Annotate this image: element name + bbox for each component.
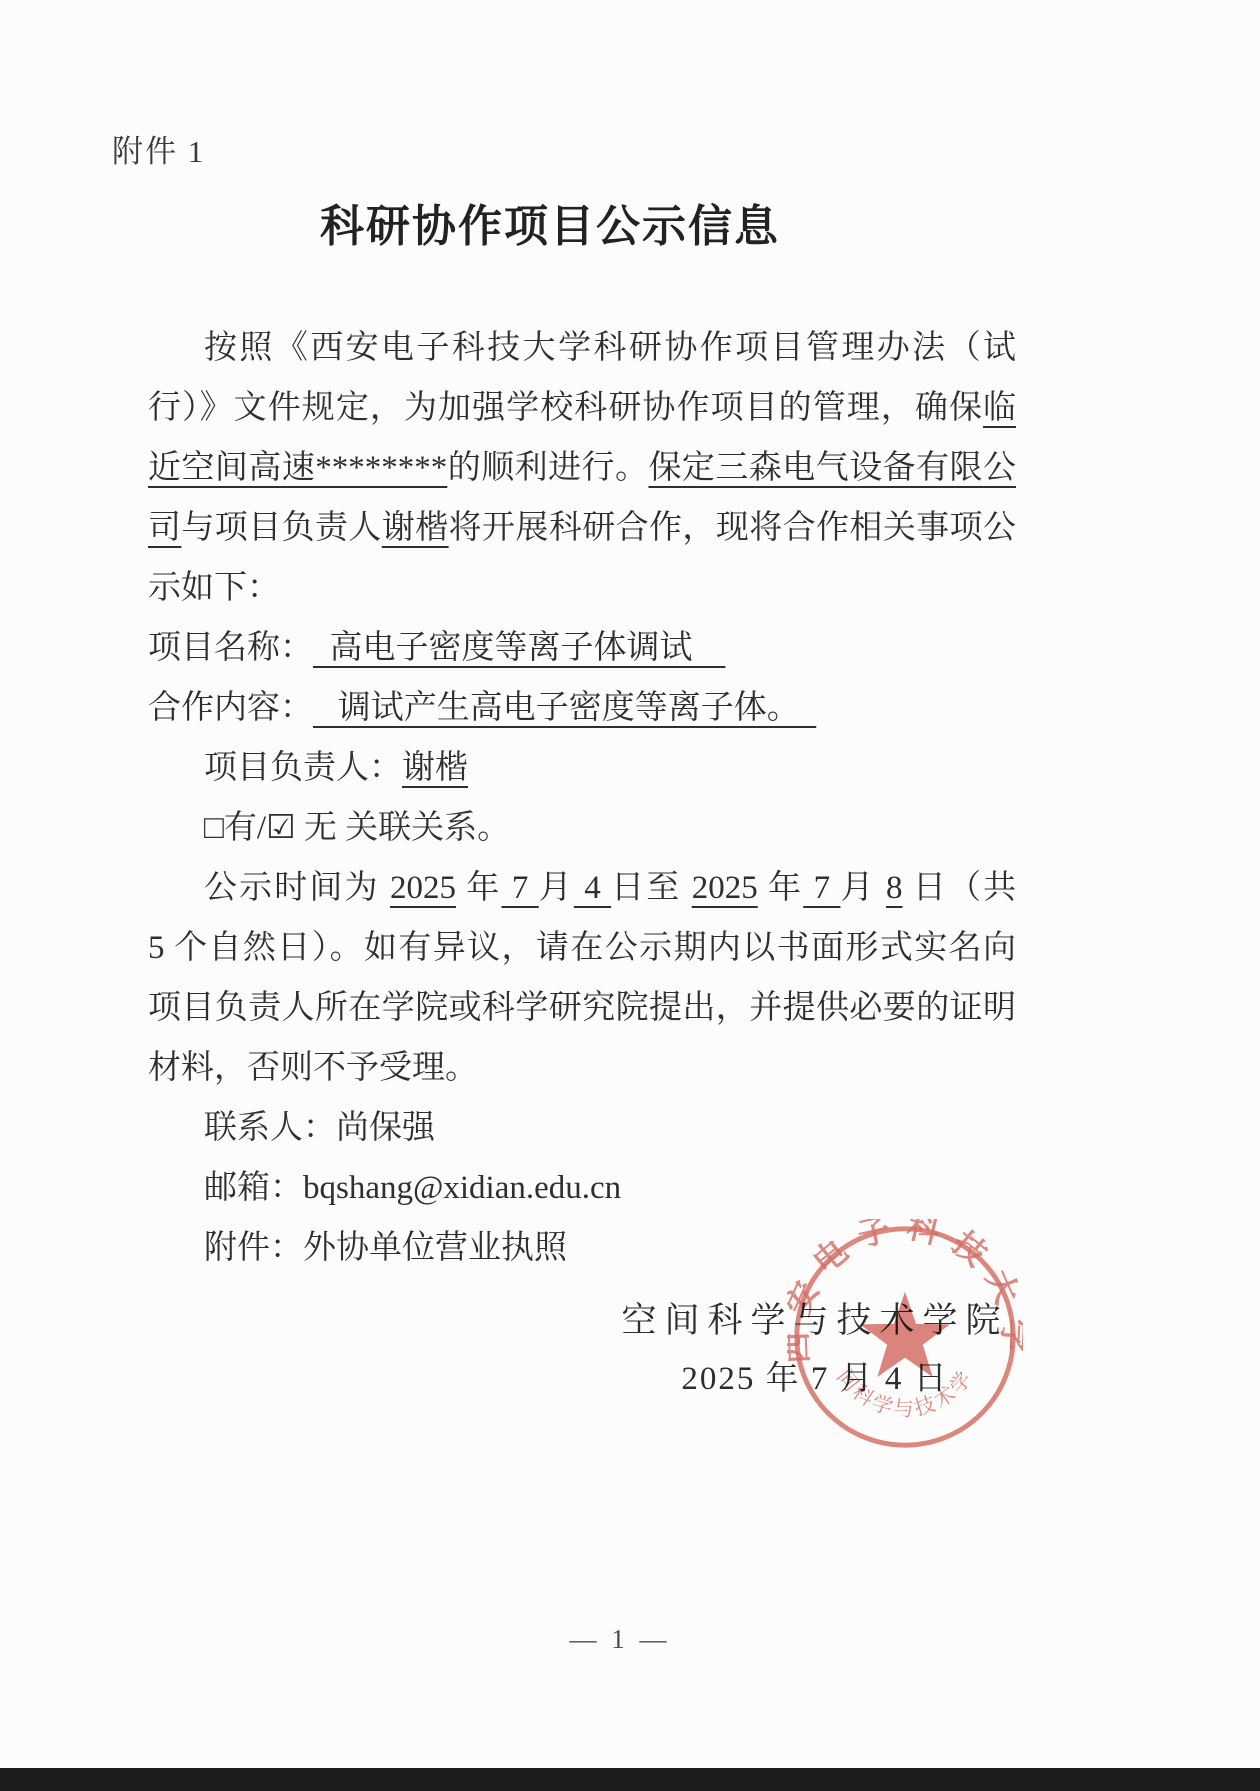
body-line-cooperation-content: 合作内容： 调试产生高电子密度等离子体。 xyxy=(148,678,1016,738)
page-number: — 1 — xyxy=(0,1624,1240,1655)
text-segment: 材料，否则不予受理。 xyxy=(148,1050,478,1086)
body-line: 近空间高速********的顺利进行。保定三森电气设备有限公 xyxy=(148,438,1016,498)
body-line-publicity-period: 公示时间为 2025 年 7 月 4 日至 2025 年 7 月 8 日（共 xyxy=(148,858,1016,918)
text-segment: 年 xyxy=(758,870,804,906)
scanner-black-bar xyxy=(0,1768,1260,1791)
text-segment: 按照《西安电子科技大学科研协作项目管理办法（试 xyxy=(204,330,1016,366)
body-line: 项目负责人所在学院或科学研究院提出，并提供必要的证明 xyxy=(148,978,1016,1038)
text-segment-underlined: 2025 xyxy=(692,870,758,906)
page-title: 科研协作项目公示信息 xyxy=(110,190,990,254)
text-segment: 5 个自然日）。如有异议，请在公示期内以书面形式实名向 xyxy=(148,930,1016,966)
body-line: 示如下： xyxy=(148,558,1016,618)
text-segment-underlined: 高电子密度等离子体调试 xyxy=(313,630,726,666)
text-segment: 邮箱：bqshang@xidian.edu.cn xyxy=(204,1170,621,1206)
text-segment: 联系人：尚保强 xyxy=(204,1110,435,1146)
body-line: 行）》文件规定，为加强学校科研协作项目的管理，确保临 xyxy=(148,378,1016,438)
text-segment-underlined: 4 xyxy=(574,870,611,906)
text-segment: 项目负责人所在学院或科学研究院提出，并提供必要的证明 xyxy=(148,990,1016,1026)
official-seal-graphic: 西安电子科技大学 空间科学与技术学院 xyxy=(787,1219,1023,1455)
text-segment: 年 xyxy=(456,870,502,906)
body-line: 5 个自然日）。如有异议，请在公示期内以书面形式实名向 xyxy=(148,918,1016,978)
text-segment: 月 xyxy=(840,870,886,906)
text-segment: 项目负责人： xyxy=(204,750,402,786)
scanned-document-page: 附件 1 科研协作项目公示信息 按照《西安电子科技大学科研协作项目管理办法（试 … xyxy=(0,0,1260,1791)
body-line-project-name: 项目名称： 高电子密度等离子体调试 xyxy=(148,618,1016,678)
body-line-email: 邮箱：bqshang@xidian.edu.cn xyxy=(148,1158,1016,1218)
text-segment: 附件：外协单位营业执照 xyxy=(204,1230,567,1266)
body-line: 按照《西安电子科技大学科研协作项目管理办法（试 xyxy=(148,318,1016,378)
text-segment-underlined: 2025 xyxy=(390,870,456,906)
text-segment: 行）》文件规定，为加强学校科研协作项目的管理，确保 xyxy=(148,390,983,426)
text-segment: 的顺利进行。 xyxy=(447,450,648,486)
text-segment-underlined: 7 xyxy=(501,870,538,906)
text-segment-underlined: 近空间高速******** xyxy=(148,450,447,486)
text-segment-underlined: 保定三森电气设备有限公 xyxy=(648,450,1016,486)
body-line: 司与项目负责人谢楷将开展科研合作，现将合作相关事项公 xyxy=(148,498,1016,558)
text-segment-underlined: 司 xyxy=(148,510,181,546)
text-segment: □有/☑ 无 关联关系。 xyxy=(204,810,510,846)
body-line-contact-person: 联系人：尚保强 xyxy=(148,1098,1016,1158)
attachment-label: 附件 1 xyxy=(112,126,205,171)
text-segment-underlined: 谢楷 xyxy=(402,750,468,786)
text-segment: 与项目负责人 xyxy=(181,510,381,546)
text-segment: 项目名称： xyxy=(148,630,313,666)
body-line-relationship-checkbox: □有/☑ 无 关联关系。 xyxy=(148,798,1016,858)
text-segment: 日（共 xyxy=(902,870,1016,906)
text-segment-underlined: 7 xyxy=(803,870,840,906)
text-segment: 示如下： xyxy=(148,570,280,606)
text-segment-underlined: 谢楷 xyxy=(382,510,449,546)
text-segment: 月 xyxy=(539,870,574,906)
body-line-project-leader: 项目负责人：谢楷 xyxy=(148,738,1016,798)
text-segment: 合作内容： xyxy=(148,690,313,726)
text-segment-underlined: 临 xyxy=(983,390,1016,426)
text-segment-underlined: 调试产生高电子密度等离子体。 xyxy=(313,690,816,726)
text-segment: 日至 xyxy=(611,870,692,906)
document-body: 按照《西安电子科技大学科研协作项目管理办法（试 行）》文件规定，为加强学校科研协… xyxy=(148,318,1016,1278)
seal-star-icon xyxy=(860,1292,950,1377)
text-segment: 公示时间为 xyxy=(204,870,390,906)
text-segment: 将开展科研合作，现将合作相关事项公 xyxy=(449,510,1016,546)
official-seal: 西安电子科技大学 空间科学与技术学院 xyxy=(787,1219,1023,1455)
text-segment-underlined: 8 xyxy=(886,870,903,906)
body-line: 材料，否则不予受理。 xyxy=(148,1038,1016,1098)
